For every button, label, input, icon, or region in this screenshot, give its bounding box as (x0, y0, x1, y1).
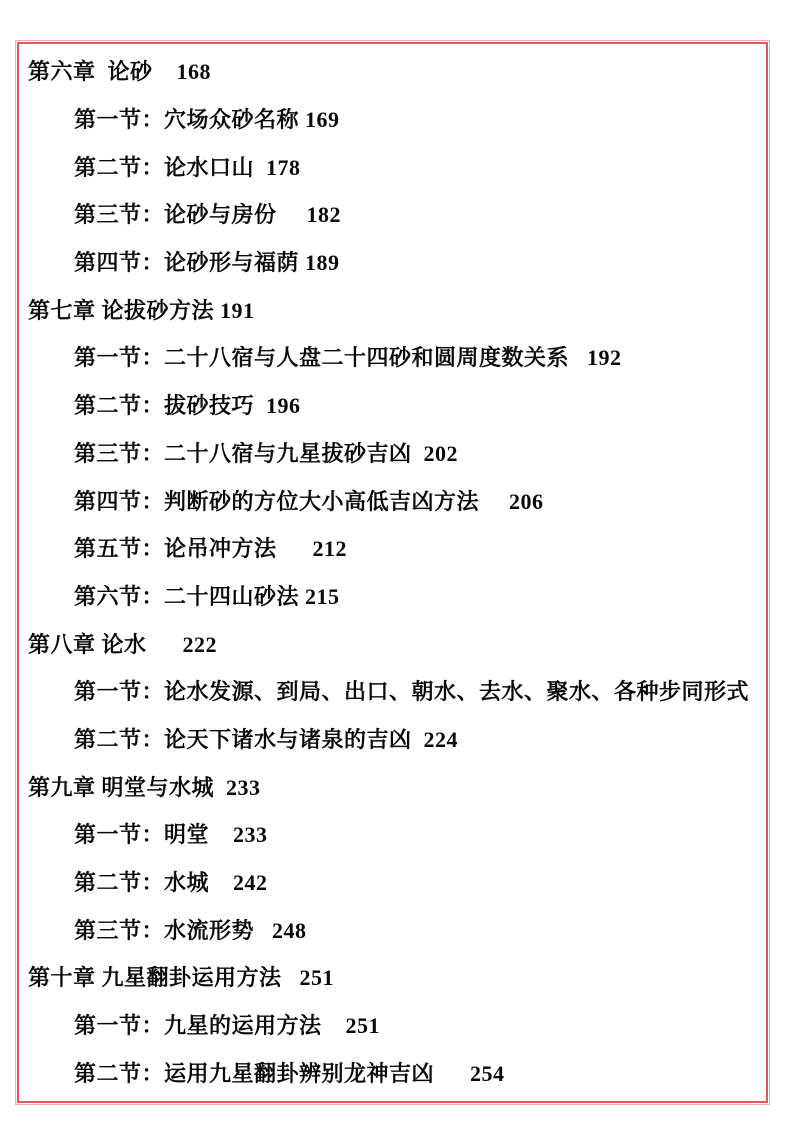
page-root: { "document": { "kind": "table-of-conten… (0, 0, 806, 1135)
toc-entry-section: 第一节：论水发源、到局、出口、朝水、去水、聚水、各种步同形式 (19, 667, 766, 715)
toc-entry-chapter: 第九章 明堂与水城 233 (19, 762, 766, 810)
toc-entry-section: 第四节：判断砂的方位大小高低吉凶方法 206 (19, 476, 766, 524)
toc-entry-section: 第三节：水流形势 248 (19, 905, 766, 953)
toc-entry-section: 第三节：论砂与房份 182 (19, 190, 766, 238)
toc-entry-section: 第二节：论水口山 178 (19, 142, 766, 190)
toc-entry-section: 第一节：九星的运用方法 251 (19, 1001, 766, 1049)
toc-entry-chapter: 第十章 九星翻卦运用方法 251 (19, 953, 766, 1001)
toc-entry-section: 第二节：运用九星翻卦辨别龙神吉凶 254 (19, 1048, 766, 1096)
toc-entry-section: 第二节：论天下诸水与诸泉的吉凶 224 (19, 715, 766, 763)
toc-entry-section: 第三节：二十八宿与九星拔砂吉凶 202 (19, 429, 766, 477)
toc-entry-chapter: 第八章 论水 222 (19, 619, 766, 667)
toc-entry-section: 第二节：水城 242 (19, 858, 766, 906)
toc-entry-section: 第一节：二十八宿与人盘二十四砂和圆周度数关系 192 (19, 333, 766, 381)
toc-entry-section: 第五节：论吊冲方法 212 (19, 524, 766, 572)
toc-entry-chapter: 第六章 论砂 168 (19, 47, 766, 95)
toc-entry-chapter: 第七章 论拔砂方法 191 (19, 285, 766, 333)
toc-entry-section: 第六节：二十四山砂法 215 (19, 572, 766, 620)
toc-frame: 第六章 论砂 168第一节：穴场众砂名称 169第二节：论水口山 178第三节：… (17, 42, 768, 1103)
toc-entry-section: 第二节：拔砂技巧 196 (19, 381, 766, 429)
toc-entry-section: 第四节：论砂形与福荫 189 (19, 238, 766, 286)
toc-entry-section: 第一节：穴场众砂名称 169 (19, 95, 766, 143)
toc-entry-section: 第一节：明堂 233 (19, 810, 766, 858)
toc-list: 第六章 论砂 168第一节：穴场众砂名称 169第二节：论水口山 178第三节：… (19, 47, 766, 1096)
